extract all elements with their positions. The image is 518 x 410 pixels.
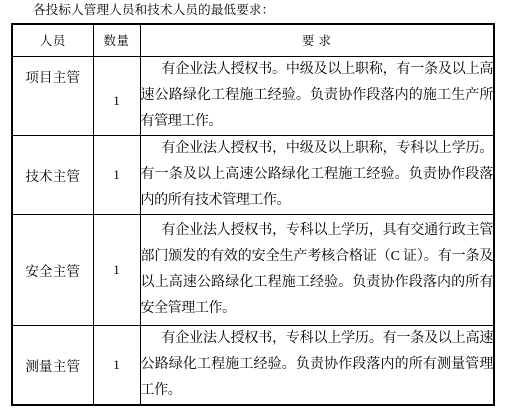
- requirement-text: 有企业法人授权书，专科以上学历。有一条及以上高速公路绿化工程施工经验。负责协作段…: [141, 326, 494, 404]
- quantity-cell: 1: [93, 214, 140, 325]
- table-row: 技术主管 1 有企业法人授权书，中级及以上职称，专科以上学历。有一条及以上高速公…: [12, 135, 494, 214]
- requirement-cell: 有企业法人授权书，专科以上学历。有一条及以上高速公路绿化工程施工经验。负责协作段…: [140, 325, 494, 405]
- role-cell: 测量主管: [12, 325, 93, 405]
- requirement-text: 有企业法人授权书。中级及以上职称，有一条及以上高速公路绿化工程施工经验。负责协作…: [141, 57, 494, 135]
- requirements-table: 人员 数量 要 求 项目主管 1 有企业法人授权书。中级及以上职称，有一条及以上…: [11, 23, 495, 406]
- header-quantity: 数量: [93, 24, 140, 56]
- requirement-text: 有企业法人授权书，中级及以上职称，专科以上学历。有一条及以上高速公路绿化工程施工…: [141, 136, 494, 214]
- role-cell: 安全主管: [12, 214, 93, 325]
- requirement-cell: 有企业法人授权书，中级及以上职称，专科以上学历。有一条及以上高速公路绿化工程施工…: [140, 135, 494, 214]
- role-cell: 项目主管: [12, 56, 93, 135]
- table-row: 安全主管 1 有企业法人授权书，专科以上学历，具有交通行政主管部门颁发的有效的安…: [12, 214, 494, 325]
- document-title: 各投标人管理人员和技术人员的最低要求：: [33, 1, 274, 19]
- quantity-cell: 1: [93, 56, 140, 135]
- role-cell: 技术主管: [12, 135, 93, 214]
- table-header-row: 人员 数量 要 求: [12, 24, 494, 56]
- table-row: 项目主管 1 有企业法人授权书。中级及以上职称，有一条及以上高速公路绿化工程施工…: [12, 56, 494, 135]
- header-role: 人员: [12, 24, 93, 56]
- requirement-text: 有企业法人授权书，专科以上学历，具有交通行政主管部门颁发的有效的安全生产考核合格…: [141, 218, 494, 322]
- quantity-cell: 1: [93, 135, 140, 214]
- header-requirement: 要 求: [140, 24, 494, 56]
- requirement-cell: 有企业法人授权书，专科以上学历，具有交通行政主管部门颁发的有效的安全生产考核合格…: [140, 214, 494, 325]
- table-row: 测量主管 1 有企业法人授权书，专科以上学历。有一条及以上高速公路绿化工程施工经…: [12, 325, 494, 405]
- requirement-cell: 有企业法人授权书。中级及以上职称，有一条及以上高速公路绿化工程施工经验。负责协作…: [140, 56, 494, 135]
- quantity-cell: 1: [93, 325, 140, 405]
